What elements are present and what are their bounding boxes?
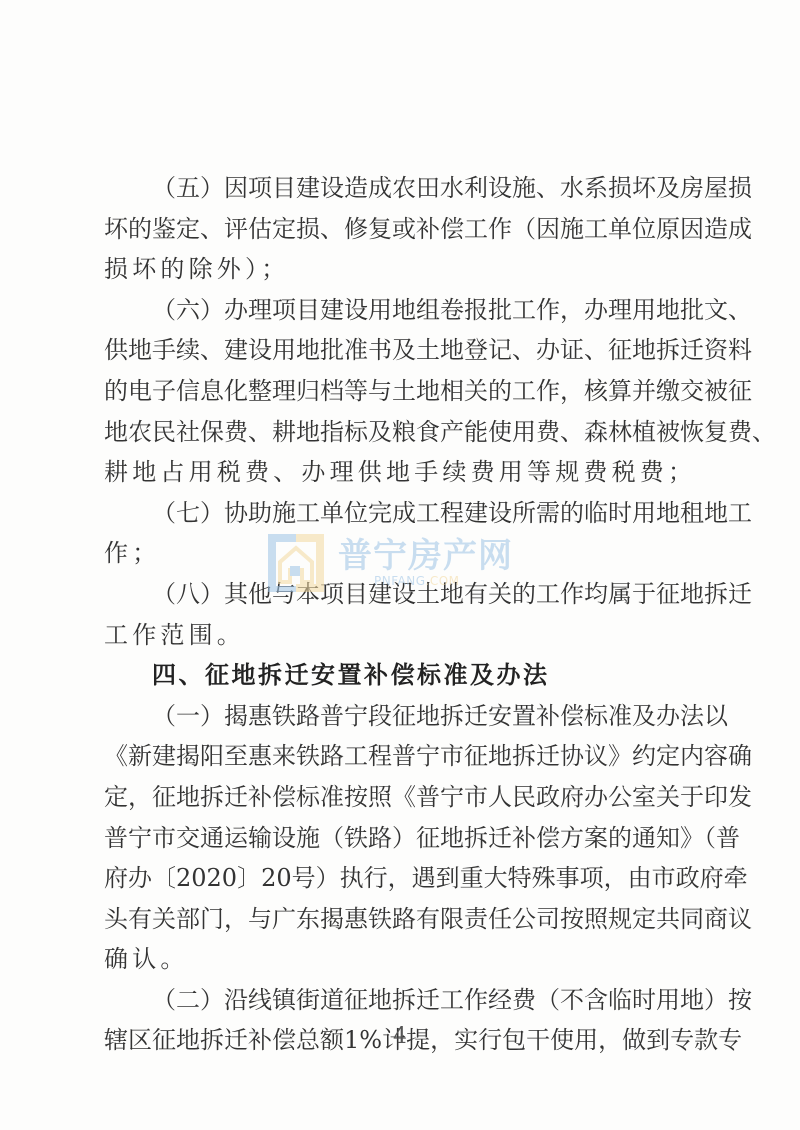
paragraph-line: 定，征地拆迁补偿标准按照《普宁市人民政府办公室关于印发: [104, 777, 702, 818]
paragraph-line: 《新建揭阳至惠来铁路工程普宁市征地拆迁协议》约定内容确: [104, 736, 702, 777]
paragraph-line: 地农民社保费、耕地指标及粮食产能使用费、森林植被恢复费、: [104, 412, 702, 453]
paragraph-line: （七）协助施工单位完成工程建设所需的临时用地租地工: [104, 493, 702, 534]
paragraph-line: 府办〔2020〕20号）执行，遇到重大特殊事项，由市政府牵: [104, 858, 702, 899]
paragraph-line: 供地手续、建设用地批准书及土地登记、办证、征地拆迁资料: [104, 330, 702, 371]
paragraph-line: 工作范围。: [104, 615, 702, 656]
paragraph-line: （五）因项目建设造成农田水利设施、水系损坏及房屋损: [104, 168, 702, 209]
paragraph-line: 头有关部门，与广东揭惠铁路有限责任公司按照规定共同商议: [104, 899, 702, 940]
paragraph-line: 耕地占用税费、办理供地手续费用等规费税费；: [104, 452, 702, 493]
paragraph-line: 的电子信息化整理归档等与土地相关的工作，核算并缴交被征: [104, 371, 702, 412]
paragraph-line: （一）揭惠铁路普宁段征地拆迁安置补偿标准及办法以: [104, 696, 702, 737]
paragraph-line: （二）沿线镇街道征地拆迁工作经费（不含临时用地）按: [104, 980, 702, 1021]
section-heading: 四、征地拆迁安置补偿标准及办法: [104, 655, 702, 696]
paragraph-line: 作；: [104, 533, 702, 574]
paragraph-line: 坏的鉴定、评估定损、修复或补偿工作（因施工单位原因造成: [104, 209, 702, 250]
paragraph-line: （八）其他与本项目建设土地有关的工作均属于征地拆迁: [104, 574, 702, 615]
paragraph-line: 确认。: [104, 939, 702, 980]
document-body: （五）因项目建设造成农田水利设施、水系损坏及房屋损 坏的鉴定、评估定损、修复或补…: [104, 168, 702, 1061]
paragraph-line: 普宁市交通运输设施（铁路）征地拆迁补偿方案的通知》（普: [104, 818, 702, 859]
page-number: 4: [0, 1024, 800, 1049]
paragraph-line: 损坏的除外）；: [104, 249, 702, 290]
paragraph-line: （六）办理项目建设用地组卷报批工作，办理用地批文、: [104, 290, 702, 331]
document-page: （五）因项目建设造成农田水利设施、水系损坏及房屋损 坏的鉴定、评估定损、修复或补…: [0, 0, 800, 1130]
